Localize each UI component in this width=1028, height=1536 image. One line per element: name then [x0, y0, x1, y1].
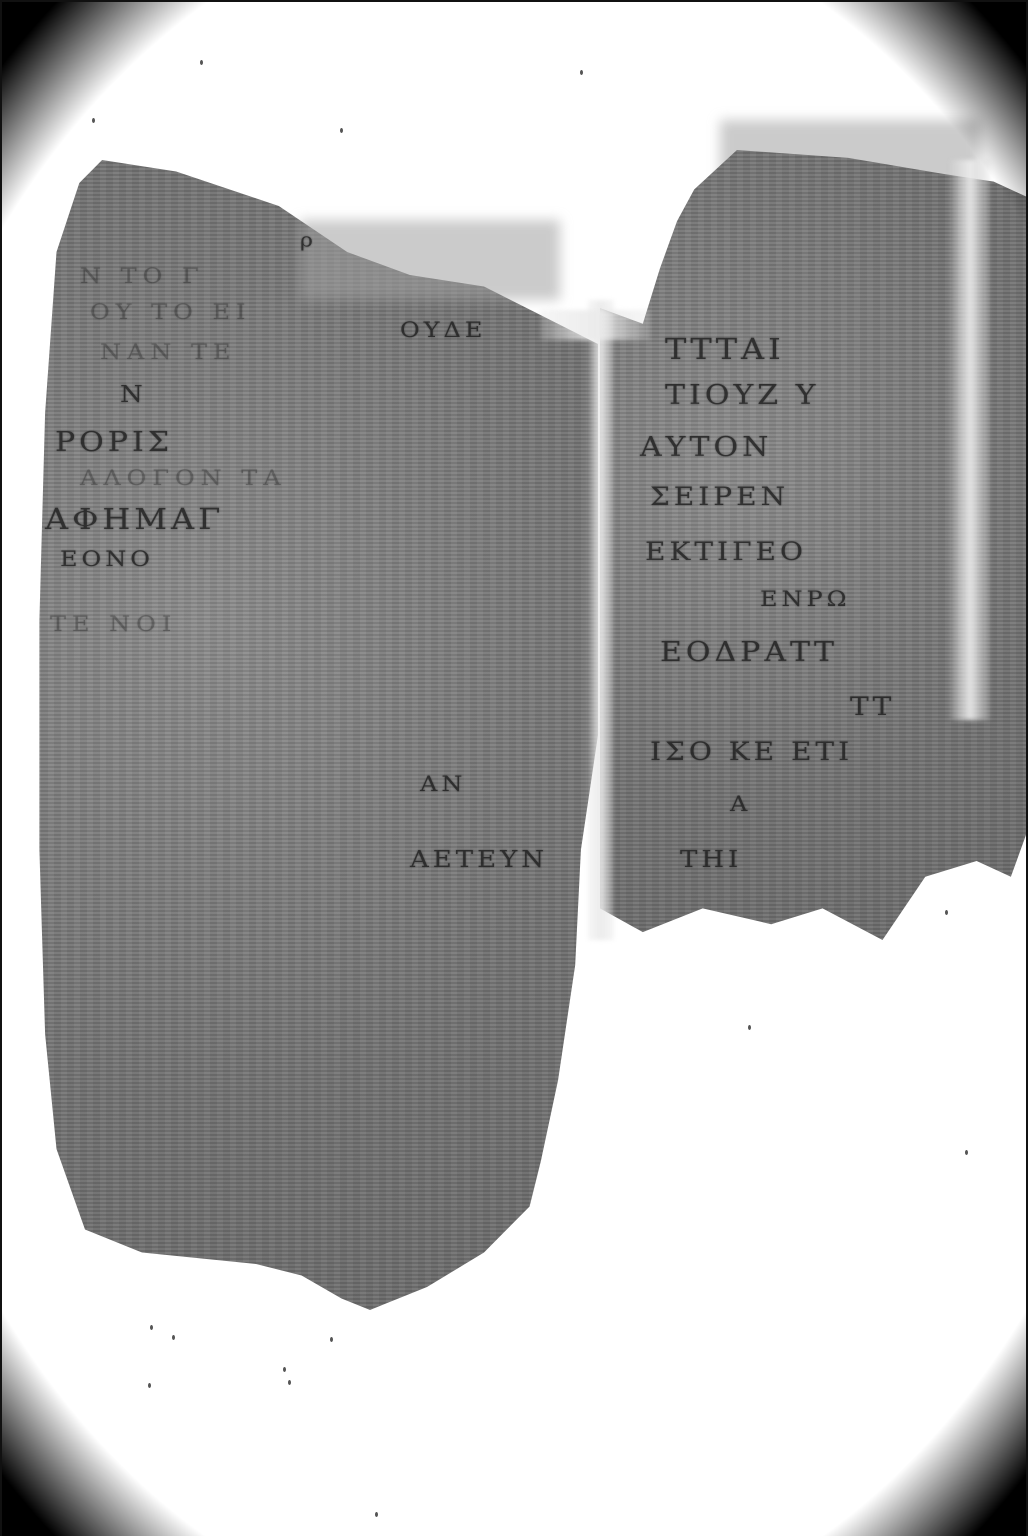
text-line: Ν: [120, 382, 147, 409]
top-tear: [540, 310, 650, 340]
debris-speck: [945, 910, 948, 915]
text-line: ΕΝΡΩ: [760, 586, 851, 611]
text-line: ΤΤΤΑΙ: [665, 332, 785, 366]
text-line: ΙΣΟ ΚΕ ΕΤΙ: [650, 737, 853, 767]
debris-speck: [200, 60, 203, 65]
water-stain: [300, 220, 560, 300]
debris-speck: [172, 1335, 175, 1340]
text-line: ΕΟΝΟ: [60, 546, 154, 571]
frame-border-top: [0, 0, 1028, 2]
text-line: ΕΚΤΙΓΕΟ: [645, 537, 807, 567]
text-line-faint: ΟΥ ΤΟ ΕΙ: [90, 299, 251, 324]
text-line: ΕΟΔΡΑΤΤ: [660, 637, 838, 669]
frame-border-left: [0, 0, 2, 1536]
papyrus-photograph: ρ Ν ΤΟ Γ ΟΥ ΤΟ ΕΙ ΟΥΔΕ ΝΑΝ ΤΕ Ν ΡΟΡΙΣ ΑΛ…: [0, 0, 1028, 1536]
debris-speck: [330, 1337, 333, 1342]
text-line: ΤΗΙ: [680, 847, 742, 874]
text-line-faint: ΤΕ ΝΟΙ: [50, 611, 177, 636]
column-gap-crack: [588, 300, 614, 940]
debris-speck: [375, 1512, 378, 1517]
text-line: ρ: [300, 229, 317, 252]
debris-speck: [580, 70, 583, 75]
text-line: ΑΥΤΟΝ: [640, 432, 772, 464]
debris-speck: [148, 1383, 151, 1388]
text-line: ΑΦΗΜΑΓ: [45, 502, 224, 536]
text-line: ΟΥΔΕ: [400, 317, 486, 342]
debris-speck: [965, 1150, 968, 1155]
papyrus-fragment-left: [28, 160, 598, 1310]
text-line-faint: Ν ΤΟ Γ: [80, 263, 205, 288]
text-line: ΑΕΤΕΥΝ: [410, 847, 548, 874]
debris-speck: [150, 1325, 153, 1330]
debris-speck: [288, 1380, 291, 1385]
debris-speck: [283, 1367, 286, 1372]
debris-speck: [92, 118, 95, 123]
text-line: ΤΤ: [850, 692, 895, 722]
debris-speck: [748, 1025, 751, 1030]
text-line: Α: [730, 791, 751, 816]
text-line-faint: ΑΛΟΓΟΝ ΤΑ: [80, 465, 287, 490]
text-line: ΡΟΡΙΣ: [55, 427, 173, 459]
vertical-crack: [950, 160, 990, 720]
text-line: ΤΙΟΥΖ Υ: [665, 380, 819, 412]
debris-speck: [340, 128, 343, 133]
text-line: ΣΕΙΡΕΝ: [650, 482, 789, 512]
text-line-faint: ΝΑΝ ΤΕ: [100, 339, 237, 364]
text-line: ΑΝ: [420, 771, 466, 796]
